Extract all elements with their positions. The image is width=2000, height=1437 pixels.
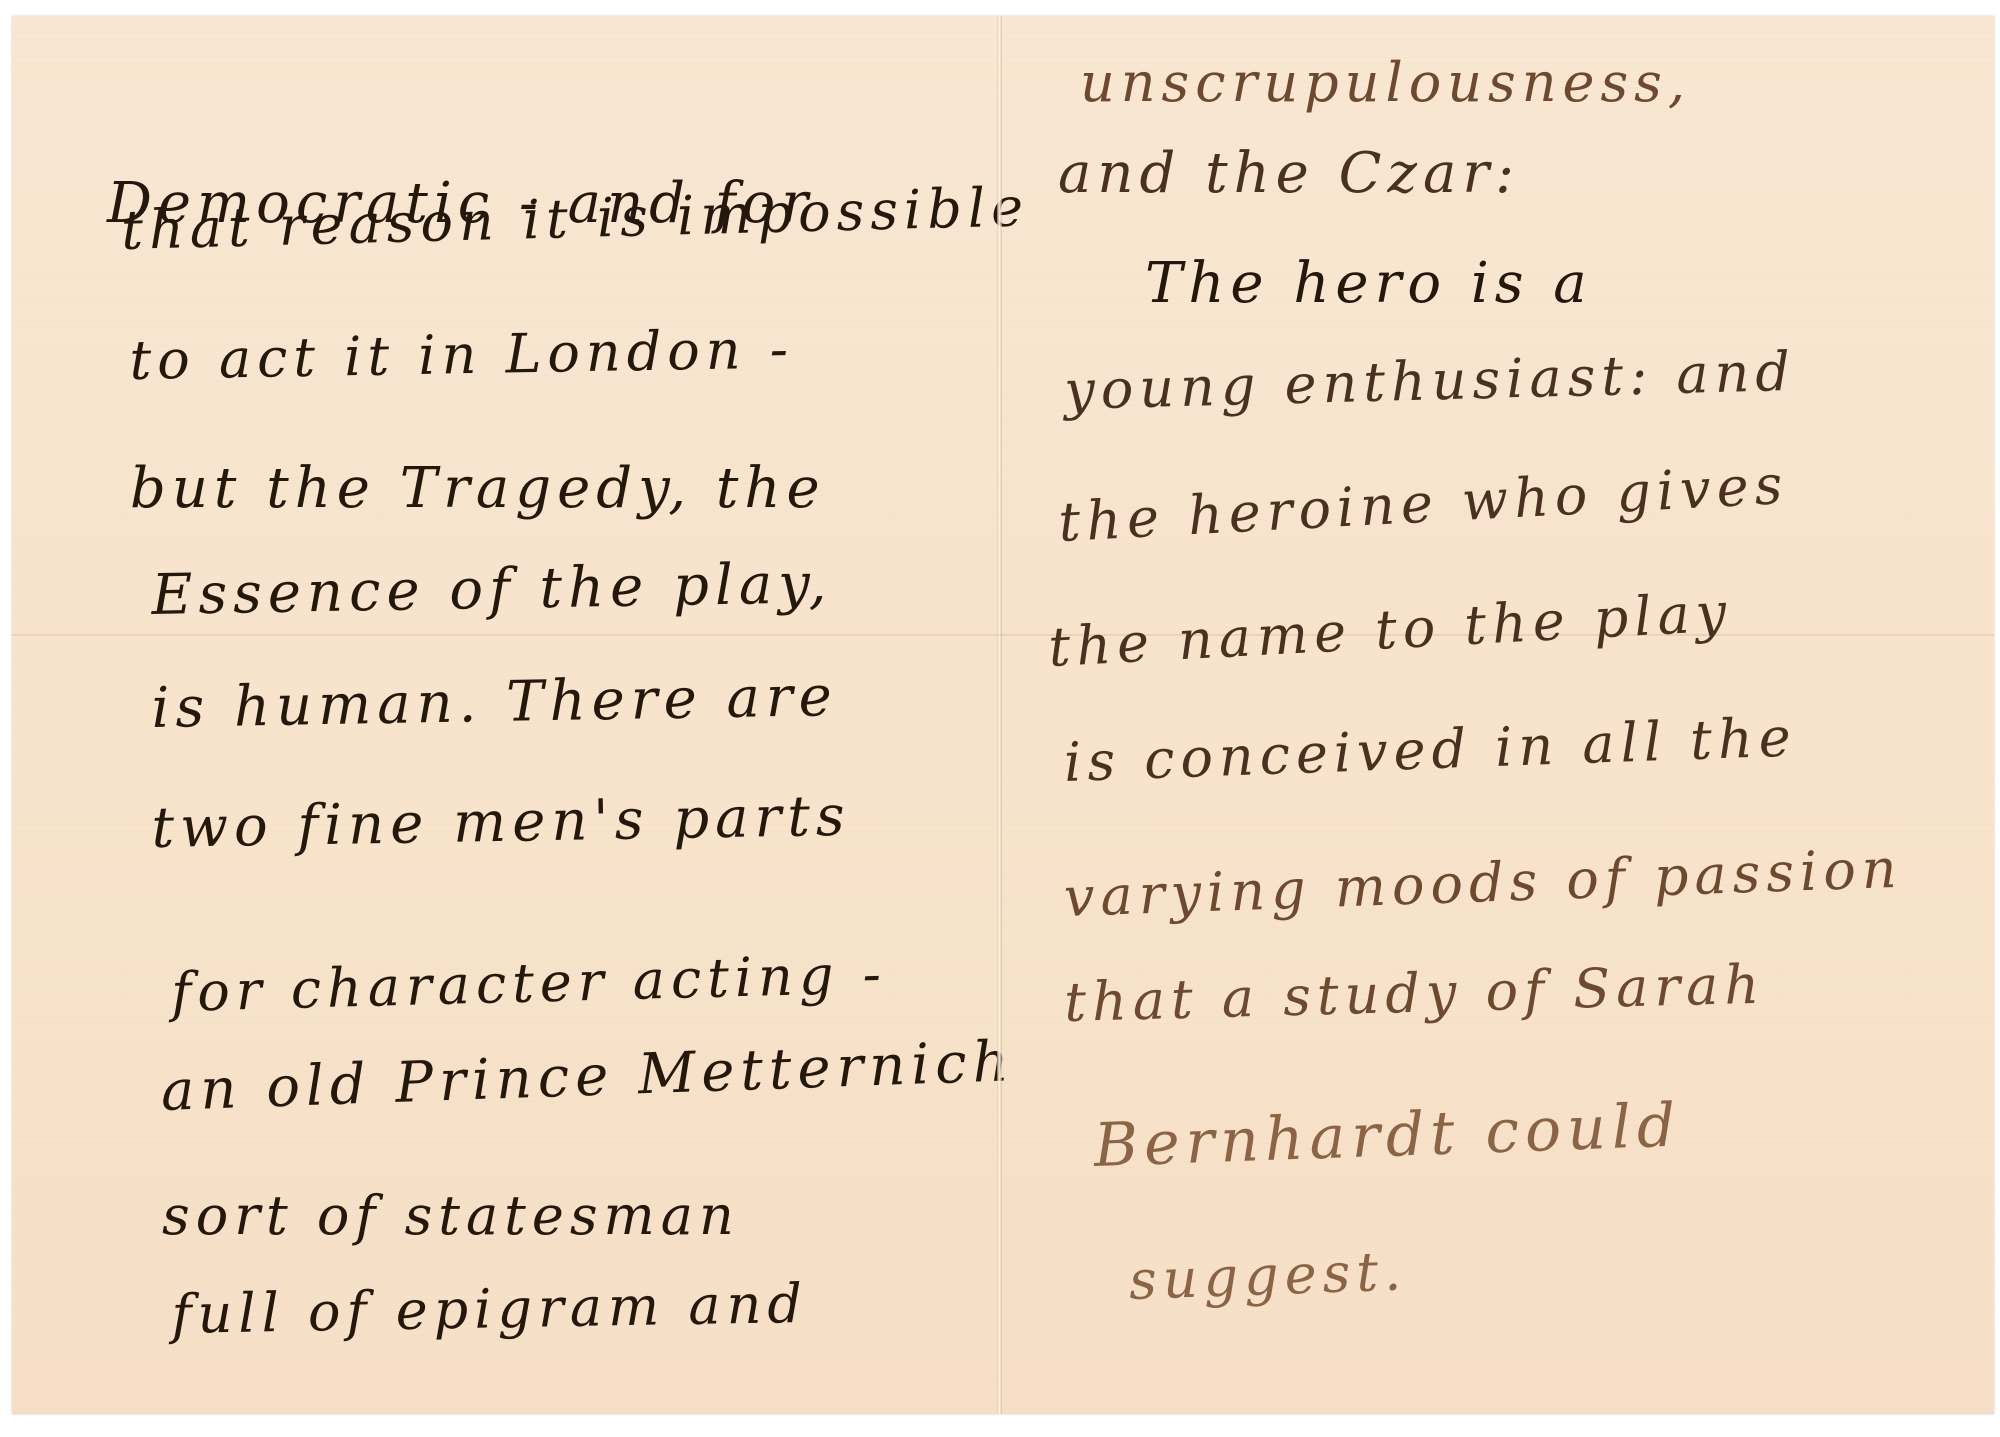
handwritten-line: unscrupulousness, [1080,56,1691,110]
handwritten-line: varying moods of passion [1063,842,1903,925]
letter-sheet: Democratic - and for that reason it is i… [12,16,1994,1414]
handwritten-line: Essence of the play, [151,556,833,624]
handwritten-line: two fine men's parts [151,789,851,857]
handwritten-line: the heroine who gives [1057,458,1789,550]
handwritten-line: for character acting - [171,947,888,1020]
left-page: Democratic - and for that reason it is i… [12,16,998,1414]
handwritten-line: is conceived in all the [1063,710,1797,790]
handwritten-line: The hero is a [1145,256,1593,312]
right-page: unscrupulousness, and the Czar: The hero… [1000,16,1994,1414]
handwritten-line: suggest. [1128,1244,1408,1308]
handwritten-line: sort of statesman [162,1189,740,1243]
handwritten-line: young enthusiast: and [1064,345,1797,418]
handwritten-line: to act it in London - [129,322,794,388]
handwritten-line: full of epigram and [171,1277,808,1342]
handwritten-line: the name to the play [1047,585,1733,675]
handwritten-line: is human. There are [151,669,838,737]
handwritten-line: an old Prince Metternich [160,1034,1015,1120]
handwritten-line: that a study of Sarah [1064,958,1766,1030]
handwritten-line: Bernhardt could [1093,1096,1682,1176]
handwritten-line: and the Czar: [1058,146,1520,202]
handwritten-line: but the Tragedy, the [130,461,826,517]
